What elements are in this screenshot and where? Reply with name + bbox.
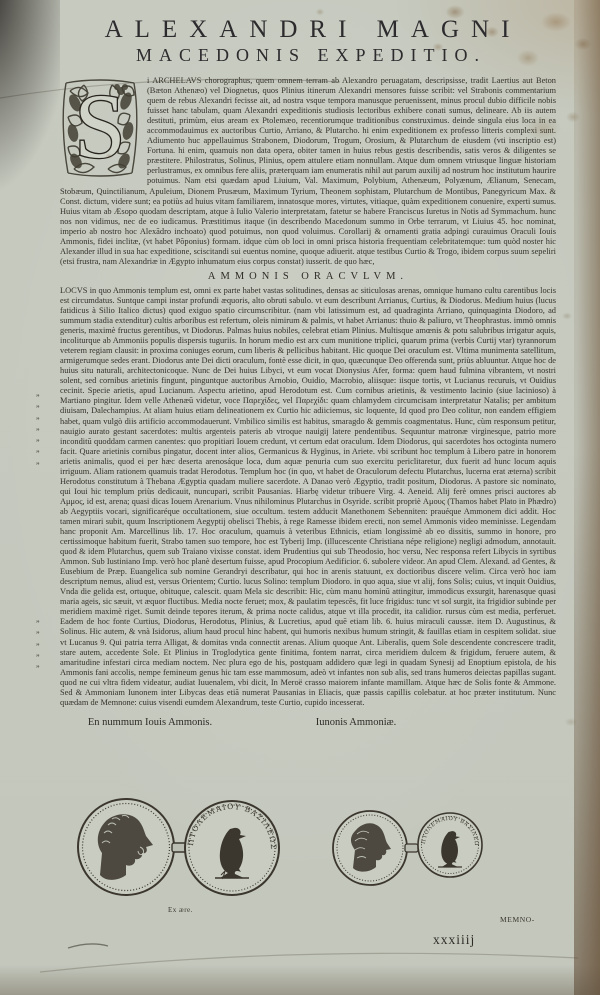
coin-caption-left: En nummum Iouis Ammonis. (88, 717, 212, 728)
margin-quote-marks-1: ” ” ” ” ” ” ” (36, 392, 40, 471)
ammonis-oraculum-paragraph: LOCVS in quo Ammonis templum est, omni e… (60, 286, 556, 708)
ornate-initial-s-woodcut: S (60, 77, 140, 178)
page-title: ALEXANDRI MAGNI (60, 16, 556, 44)
material-note: Ex ære. (168, 906, 193, 914)
book-page-scan: ALEXANDRI MAGNI MACEDONIS EXPEDITIO. (0, 0, 600, 995)
section-heading: AMMONIS ORACVLVM. (60, 271, 556, 282)
margin-quote-marks-2: ” ” ” ” ” (36, 618, 40, 674)
drop-cap-letter: S (74, 77, 125, 177)
ornate-initial-s: S (60, 77, 140, 178)
coin-caption-right: Iunonis Ammoniæ. (316, 717, 397, 728)
coin-juno-ammonia (333, 811, 407, 885)
text-column: ALEXANDRI MAGNI MACEDONIS EXPEDITIO. (60, 16, 556, 732)
page-edge-bottom (0, 965, 600, 995)
opening-paragraph: S i ARCHELAVS chorographus, quem omnem t… (60, 76, 556, 267)
coin-ptolemy-eagle: ΠΤΟΛΕΜΑΙΟΥ ΒΑΣΙΛΕΩΣ (185, 801, 279, 895)
coin-link-right (405, 844, 418, 852)
page-number: xxxiiij (433, 932, 475, 948)
coin-captions-row: En nummum Iouis Ammonis. Iunonis Ammoniæ… (60, 717, 556, 732)
coin-jupiter-ammon (78, 799, 174, 895)
binding-shadow-top-left (0, 0, 60, 280)
coin-engravings: ΠΤΟΛΕΜΑΙΟΥ ΒΑΣΙΛΕΩΣ ΠΤΟΛΕΜΑΙΟΥ ΒΑΣΙΛΕΩΣ (0, 786, 600, 918)
catchword: MEMNO- (500, 915, 535, 924)
page-subtitle: MACEDONIS EXPEDITIO. (60, 45, 556, 66)
coin-ptolemy-eagle-small: ΠΤΟΛΕΜΑΙΟΥ ΒΑΣΙΛΕΩΣ (418, 813, 482, 877)
